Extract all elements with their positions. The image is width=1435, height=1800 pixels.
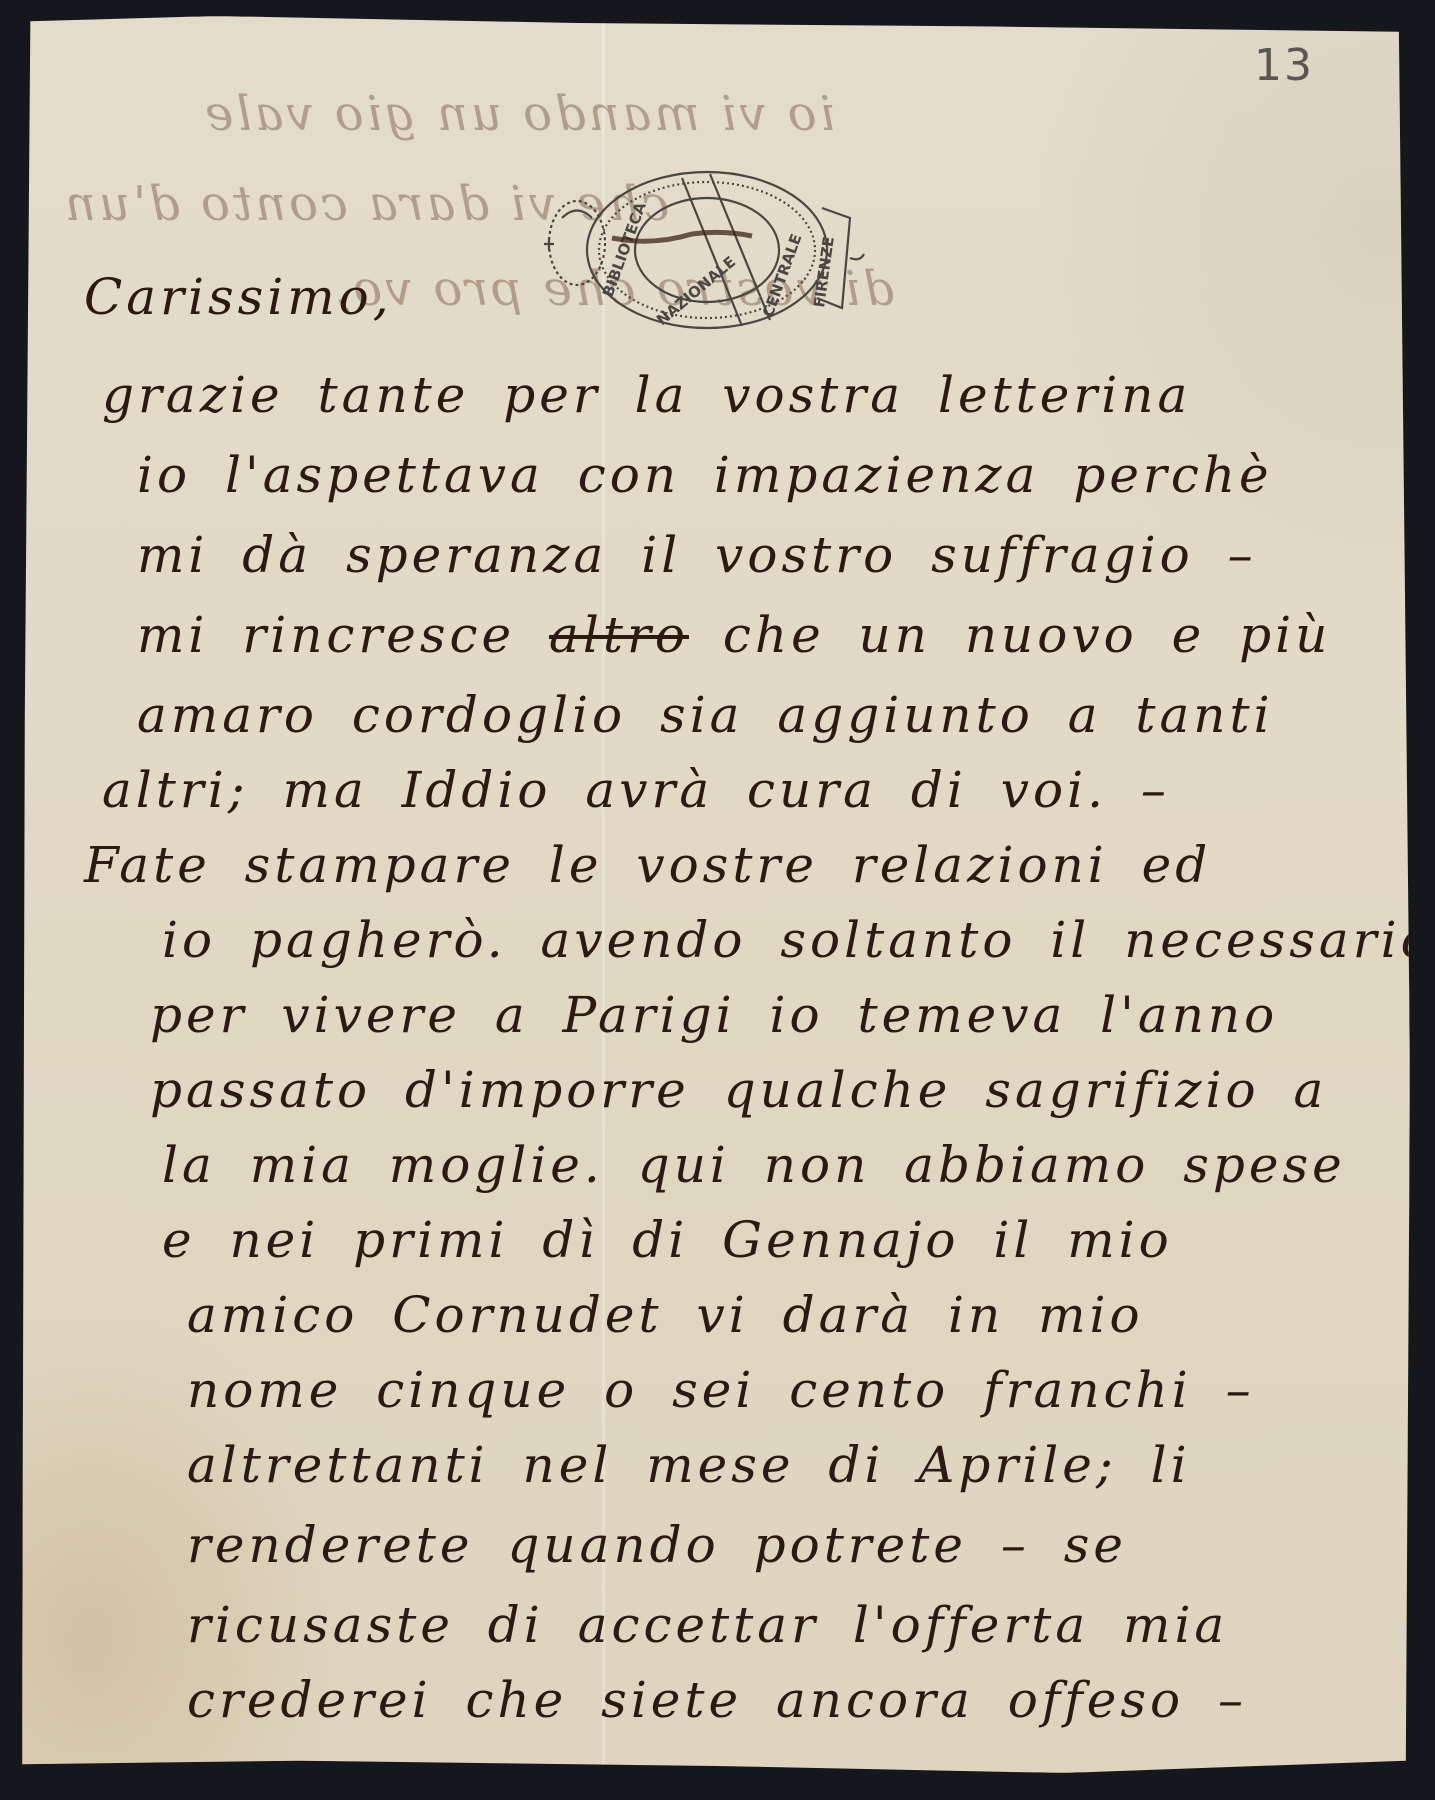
letter-page: io vi mando un gio vale che vi dara cont…: [22, 16, 1410, 1773]
library-stamp: BIBLIOTECA NAZIONALE CENTRALE FIRENZE: [532, 158, 872, 338]
letter-line-3: mi dà speranza il vostro suffragio –: [137, 526, 1257, 584]
svg-text:CENTRALE: CENTRALE: [759, 231, 806, 319]
letter-line-2: io l'aspettava con impazienza perchè: [137, 446, 1273, 504]
svg-text:BIBLIOTECA: BIBLIOTECA: [599, 199, 650, 299]
scan-background: io vi mando un gio vale che vi dara cont…: [0, 0, 1435, 1800]
letter-line-9: per vivere a Parigi io temeva l'anno: [150, 986, 1278, 1044]
letter-line-4: mi rincresce altro che un nuovo e più: [137, 606, 1331, 664]
letter-text: che un nuovo e più: [723, 606, 1331, 664]
letter-line-8: io pagherò. avendo soltanto il necessari…: [162, 911, 1435, 969]
letter-line-18: crederei che siete ancora offeso –: [187, 1671, 1247, 1729]
letter-line-17: ricusaste di accettar l'offerta mia: [187, 1596, 1228, 1654]
letter-line-13: amico Cornudet vi darà in mio: [187, 1286, 1144, 1344]
letter-line-12: e nei primi dì di Gennajo il mio: [162, 1211, 1173, 1269]
struck-through-word: altro: [549, 606, 689, 664]
letter-line-10: passato d'imporre qualche sagrifizio a: [150, 1061, 1327, 1119]
letter-line-11: la mia moglie. qui non abbiamo spese: [162, 1136, 1346, 1194]
stamp-seal-icon: BIBLIOTECA NAZIONALE CENTRALE FIRENZE: [532, 158, 872, 338]
letter-line-1: grazie tante per la vostra letterina: [102, 366, 1191, 424]
letter-text: mi rincresce: [137, 606, 515, 664]
letter-line-5: amaro cordoglio sia aggiunto a tanti: [137, 686, 1274, 744]
letter-line-14: nome cinque o sei cento franchi –: [187, 1361, 1255, 1419]
letter-line-7: Fate stampare le vostre relazioni ed: [84, 836, 1211, 894]
bleed-through-line: io vi mando un gio vale: [202, 86, 835, 142]
letter-line-16: renderete quando potrete – se: [187, 1516, 1127, 1574]
letter-line-6: altri; ma Iddio avrà cura di voi. –: [102, 761, 1170, 819]
salutation: Carissimo,: [84, 268, 393, 326]
page-number: 13: [1254, 40, 1314, 91]
letter-line-15: altrettanti nel mese di Aprile; li: [187, 1436, 1191, 1494]
